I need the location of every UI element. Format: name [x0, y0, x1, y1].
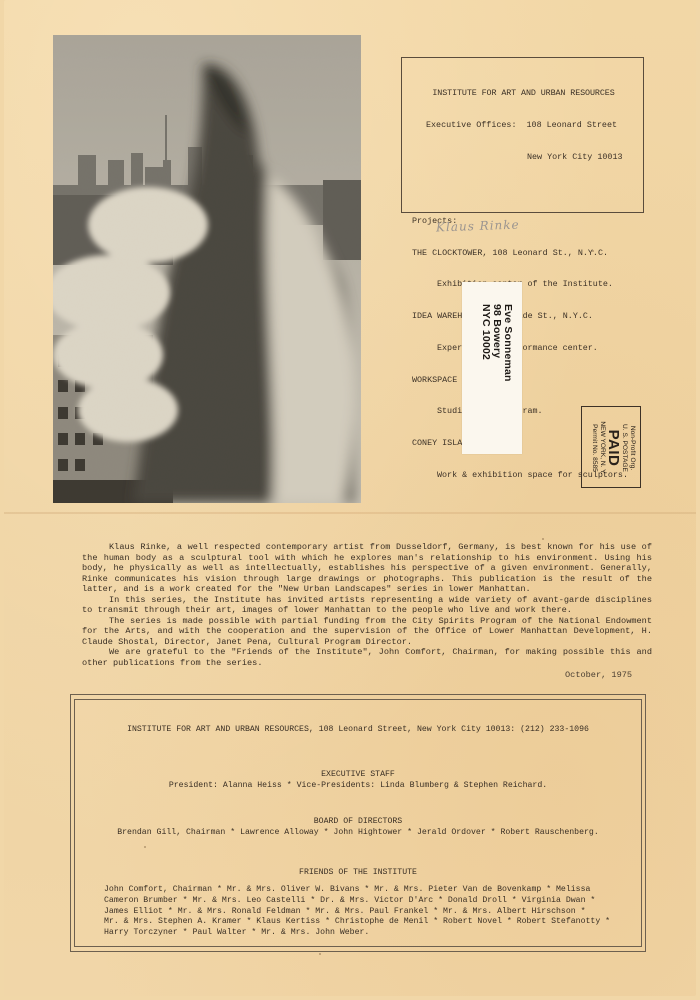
friends-list: John Comfort, Chairman * Mr. & Mrs. Oliv… — [104, 885, 644, 939]
board-heading: BOARD OF DIRECTORS — [74, 817, 642, 828]
postage-indicia: Non-Profit Org. U. S. POSTAGE PAID NEW Y… — [581, 406, 641, 488]
executive-staff-heading: EXECUTIVE STAFF — [74, 770, 642, 781]
offices-street: 108 Leonard Street — [527, 120, 617, 130]
friends-line: Cameron Brumber * Mr. & Mrs. Leo Castell… — [104, 896, 644, 907]
friends-line: James Elliot * Mr. & Mrs. Ronald Feldman… — [104, 907, 644, 918]
artist-signature: Klaus Rinke — [436, 218, 520, 235]
postage-text: Non-Profit Org. U. S. POSTAGE PAID NEW Y… — [591, 413, 636, 483]
address-text: Eve Sonneman98 BoweryNYC 10002 — [480, 304, 513, 382]
friends-heading: FRIENDS OF THE INSTITUTE — [74, 868, 642, 879]
institute-info-box: INSTITUTE FOR ART AND URBAN RESOURCES Ex… — [401, 57, 644, 213]
project-desc: Experimental performance center. — [412, 343, 635, 354]
paper-speck — [172, 660, 174, 662]
paper-speck — [542, 538, 544, 540]
board-text: Brendan Gill, Chairman * Lawrence Allowa… — [74, 828, 642, 839]
footer-content: INSTITUTE FOR ART AND URBAN RESOURCES, 1… — [74, 699, 642, 947]
postage-org: Non-Profit Org. — [628, 413, 636, 483]
postage-city: NEW YORK, N. Y. — [598, 413, 606, 483]
description-text: Klaus Rinke, a well respected contempora… — [82, 542, 652, 668]
address-label: Eve Sonneman98 BoweryNYC 10002 — [462, 282, 522, 454]
artwork-photo — [53, 35, 361, 503]
photo-hand-skyline-icon — [53, 35, 361, 503]
postage-us: U. S. POSTAGE — [621, 413, 629, 483]
fold-crease — [4, 512, 696, 514]
friends-line: Harry Torczyner * Paul Walter * Mr. & Mr… — [104, 928, 644, 939]
paragraph: The series is made possible with partial… — [82, 616, 652, 648]
publication-date: October, 1975 — [565, 670, 632, 680]
paragraph: Klaus Rinke, a well respected contempora… — [82, 542, 652, 595]
project-desc: Exhibition center of the Institute. — [412, 279, 635, 290]
project-name: WORKSPACE — [412, 375, 635, 386]
project-name: IDEA WAREHOUSE, 22 Reade St., N.Y.C. — [412, 311, 635, 322]
recipient-city: NYC 10002 — [480, 304, 491, 382]
paragraph: We are grateful to the "Friends of the I… — [82, 647, 652, 668]
postage-permit: Permit No. 8585 — [591, 413, 599, 483]
paper-speck — [592, 250, 594, 252]
recipient-street: 98 Bowery — [491, 304, 502, 382]
institute-title: INSTITUTE FOR ART AND URBAN RESOURCES — [412, 88, 635, 99]
mailer-page: INSTITUTE FOR ART AND URBAN RESOURCES Ex… — [4, 0, 696, 996]
friends-line: John Comfort, Chairman * Mr. & Mrs. Oliv… — [104, 885, 644, 896]
friends-line: Mr. & Mrs. Stephen A. Kramer * Klaus Ker… — [104, 917, 644, 928]
postage-paid: PAID — [606, 413, 621, 483]
paper-speck — [144, 846, 146, 848]
offices-city: New York City 10013 — [412, 152, 635, 163]
recipient-name: Eve Sonneman — [502, 304, 513, 382]
paper-speck — [319, 953, 321, 955]
paragraph: In this series, the Institute has invite… — [82, 595, 652, 616]
offices-label: Executive Offices: — [426, 120, 516, 130]
project-name: THE CLOCKTOWER, 108 Leonard St., N.Y.C. — [412, 248, 635, 259]
executive-staff-text: President: Alanna Heiss * Vice-President… — [74, 781, 642, 792]
executive-offices-line: Executive Offices: 108 Leonard Street — [412, 120, 635, 131]
footer-address: INSTITUTE FOR ART AND URBAN RESOURCES, 1… — [74, 725, 642, 736]
